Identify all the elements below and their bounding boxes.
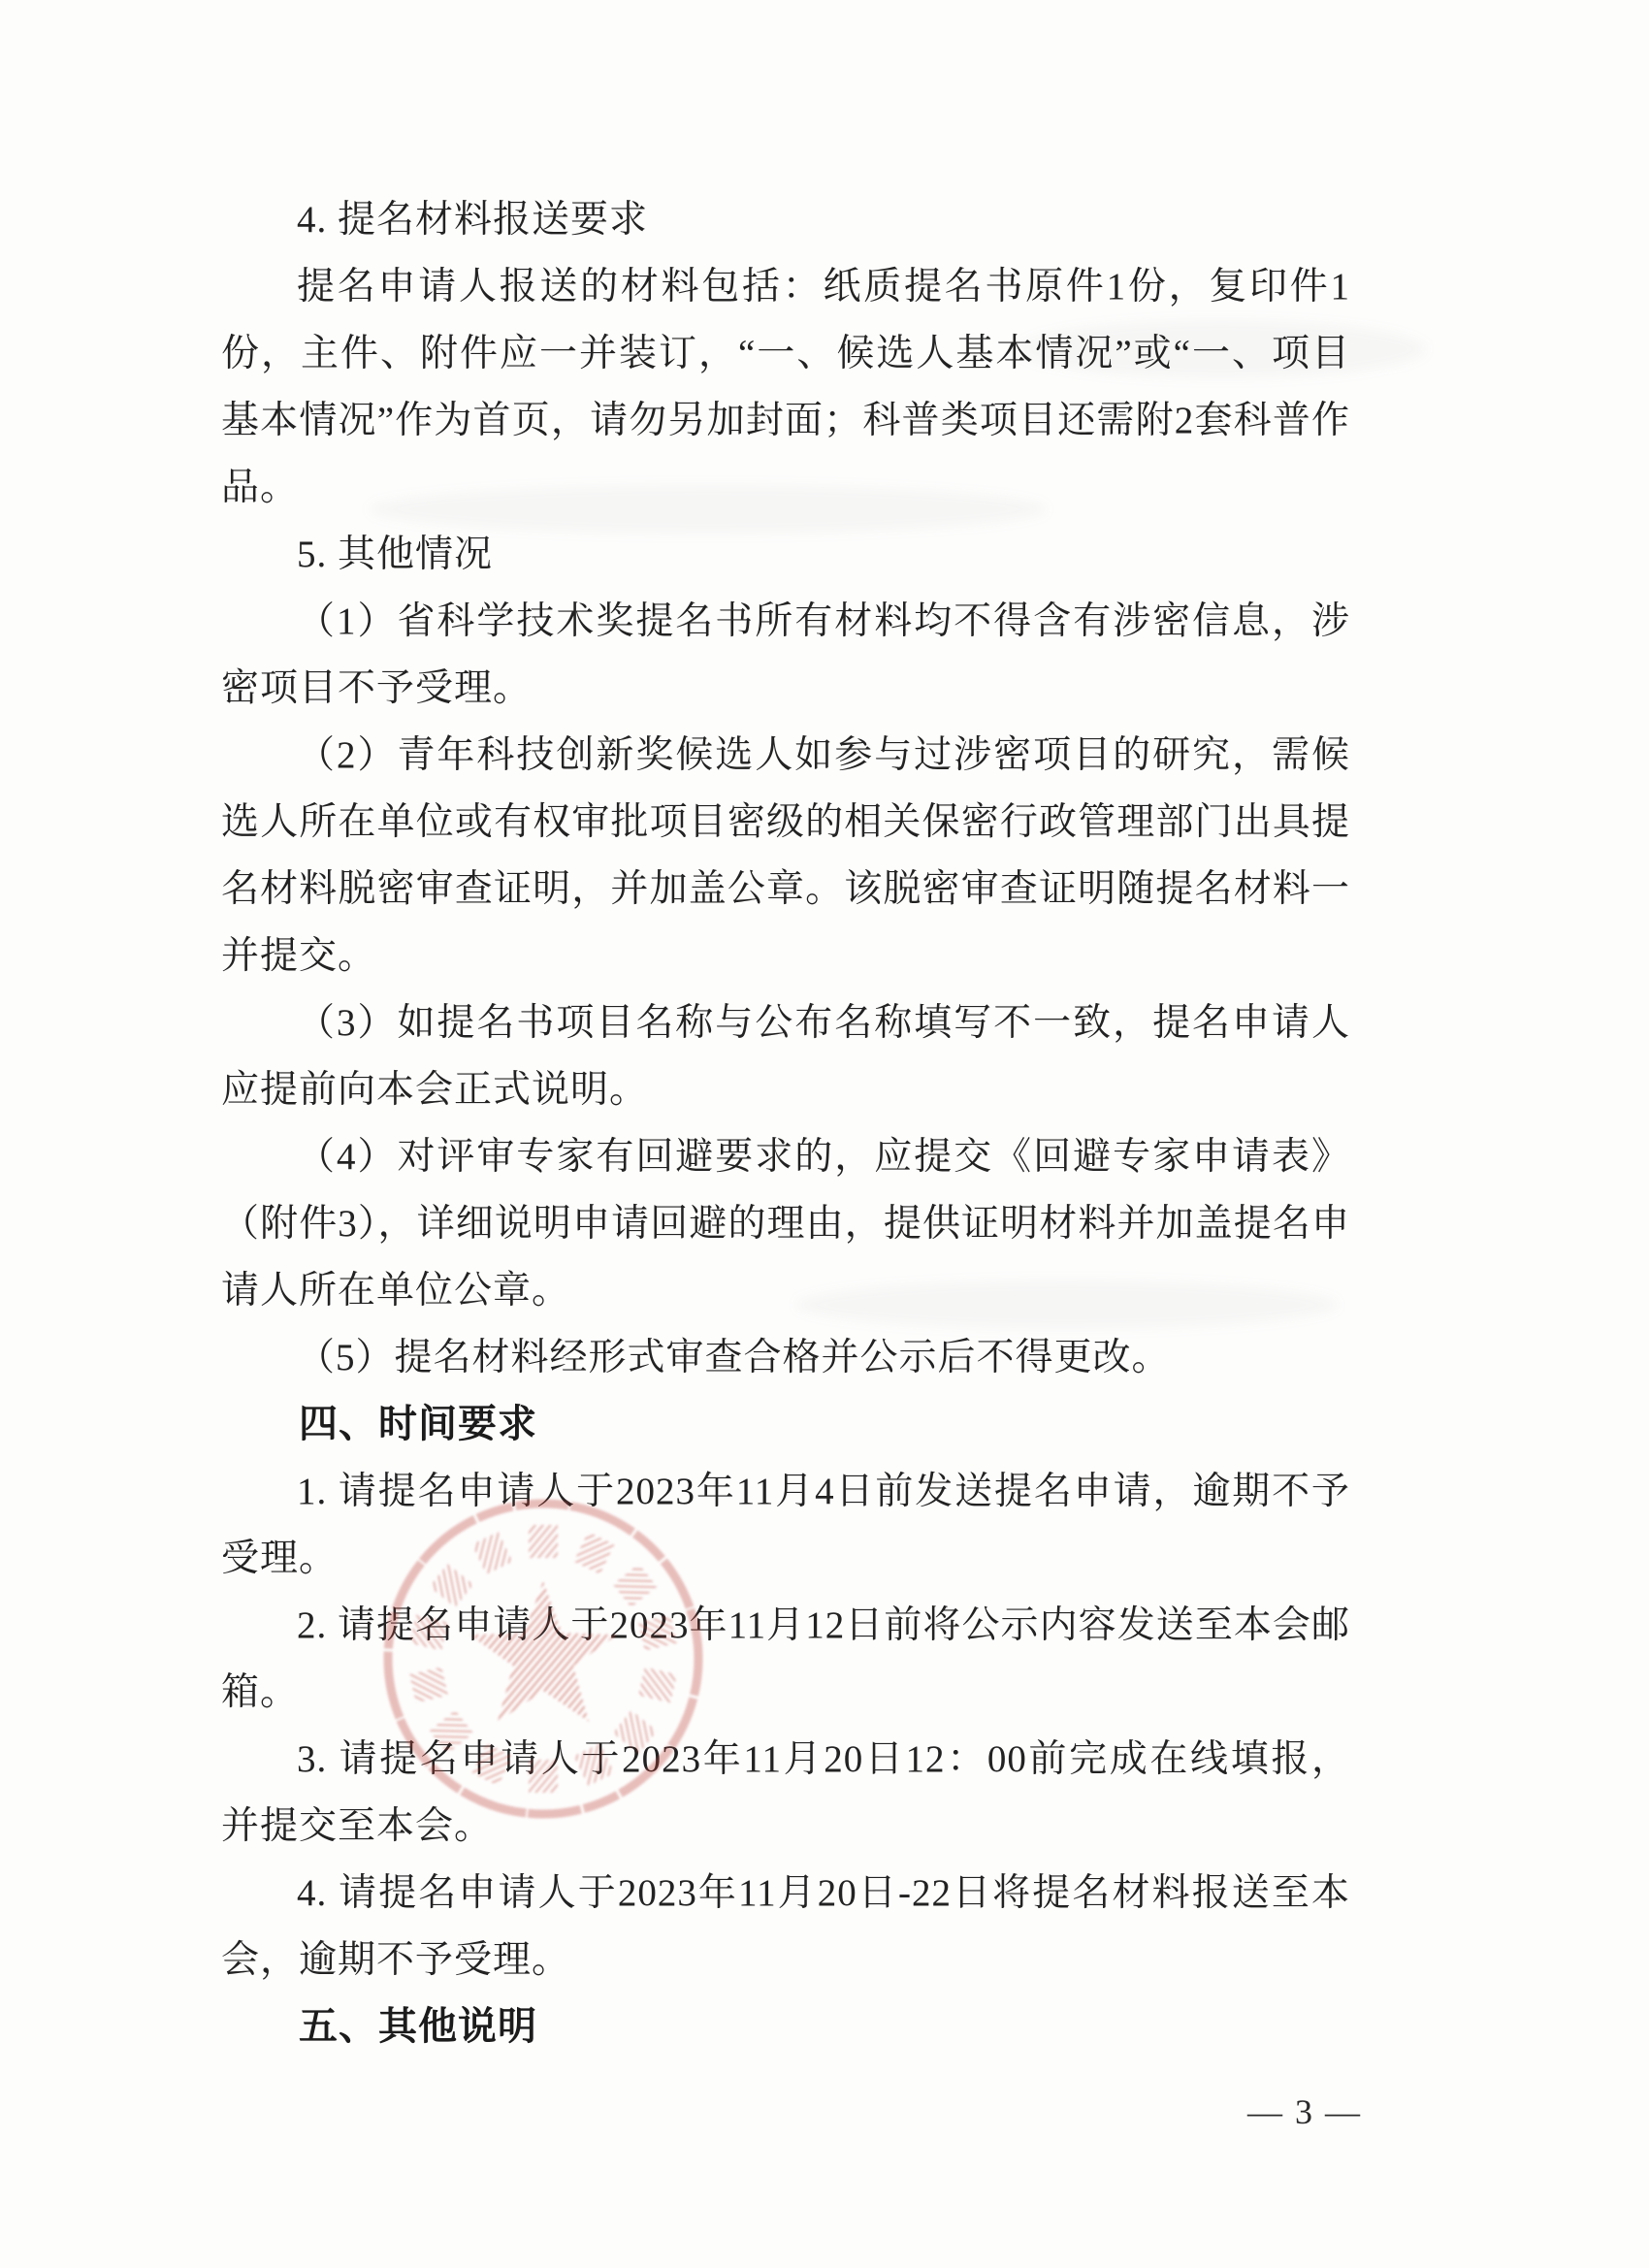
paragraph: 5. 其他情况 bbox=[221, 521, 1350, 588]
scanned-document-page: 4. 提名材料报送要求提名申请人报送的材料包括：纸质提名书原件1份，复印件1份，… bbox=[0, 0, 1649, 2268]
page-number: — 3 — bbox=[1247, 2091, 1362, 2132]
paragraph: （1）省科学技术奖提名书所有材料均不得含有涉密信息，涉密项目不予受理。 bbox=[221, 588, 1350, 722]
paragraph: 2. 请提名申请人于2023年11月12日前将公示内容发送至本会邮箱。 bbox=[221, 1592, 1350, 1726]
section-heading: 四、时间要求 bbox=[221, 1391, 1350, 1458]
paragraph: 4. 提名材料报送要求 bbox=[221, 186, 1350, 253]
section-heading: 五、其他说明 bbox=[221, 1993, 1350, 2060]
paragraph: 1. 请提名申请人于2023年11月4日前发送提名申请，逾期不予受理。 bbox=[221, 1458, 1350, 1592]
paragraph: （2）青年科技创新奖候选人如参与过涉密项目的研究，需候选人所在单位或有权审批项目… bbox=[221, 722, 1350, 989]
paragraph: （5）提名材料经形式审查合格并公示后不得更改。 bbox=[221, 1324, 1350, 1391]
paragraph: 提名申请人报送的材料包括：纸质提名书原件1份，复印件1份，主件、附件应一并装订，… bbox=[221, 253, 1350, 521]
document-body-text: 4. 提名材料报送要求提名申请人报送的材料包括：纸质提名书原件1份，复印件1份，… bbox=[221, 186, 1350, 2060]
paragraph: （4）对评审专家有回避要求的，应提交《回避专家申请表》（附件3），详细说明申请回… bbox=[221, 1123, 1350, 1324]
paragraph: 4. 请提名申请人于2023年11月20日-22日将提名材料报送至本会，逾期不予… bbox=[221, 1860, 1350, 1993]
paragraph: 3. 请提名申请人于2023年11月20日12：00前完成在线填报，并提交至本会… bbox=[221, 1726, 1350, 1860]
paragraph: （3）如提名书项目名称与公布名称填写不一致，提名申请人应提前向本会正式说明。 bbox=[221, 989, 1350, 1123]
